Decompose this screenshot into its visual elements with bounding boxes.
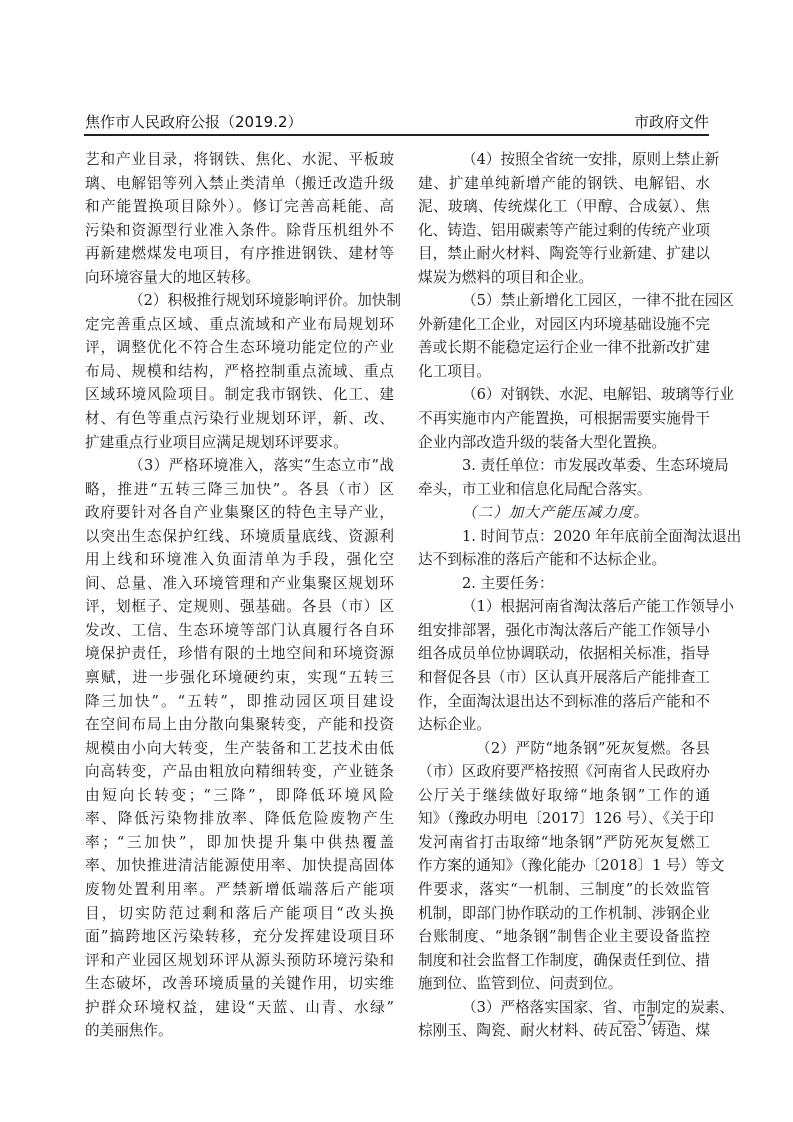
text-line: 率；“三加快”，即加快提升集中供热覆盖 bbox=[85, 831, 394, 855]
text-line: 规模由小向大转变，生产装备和工艺技术由低 bbox=[85, 737, 394, 761]
publication-title: 焦作市人民政府公报（2019.2） bbox=[85, 111, 303, 132]
text-line: 评，划框子、定规则、强基础。各县（市）区 bbox=[85, 595, 394, 619]
page-number: — 57 — bbox=[618, 1012, 674, 1030]
text-line: 评，调整优化不符合生态环境功能定位的产业 bbox=[85, 336, 394, 360]
paragraph-start: （2）积极推行规划环境影响评价。加快制 bbox=[85, 289, 394, 313]
text-line: 公厅关于继续做好取缔“地条钢”工作的通 bbox=[418, 784, 710, 808]
text-line: 璃、电解铝等列入禁止类清单（搬迁改造升级 bbox=[85, 172, 394, 196]
text-line: 不再实施市内产能置换，可根据需要实施骨干 bbox=[418, 407, 710, 431]
text-line: 目，切实防范过剩和落后产能项目“改头换 bbox=[85, 902, 394, 926]
text-line: 扩建重点行业项目应满足规划环评要求。 bbox=[85, 431, 394, 455]
text-line: 生态破坏，改善环境质量的关键作用，切实维 bbox=[85, 972, 394, 996]
text-line: 艺和产业目录，将钢铁、焦化、水泥、平板玻 bbox=[85, 148, 394, 172]
paragraph-start: 2. 主要任务： bbox=[418, 572, 710, 596]
text-line: 作，全面淘汰退出达不到标准的落后产能和不 bbox=[418, 690, 710, 714]
text-line: 达标企业。 bbox=[418, 713, 710, 737]
text-line: 向环境容量大的地区转移。 bbox=[85, 266, 394, 290]
text-line: 化工项目。 bbox=[418, 360, 710, 384]
text-line: 在空间布局上由分散向集聚转变，产能和投资 bbox=[85, 713, 394, 737]
text-line: 的美丽焦作。 bbox=[85, 1019, 394, 1043]
text-line: 布局、规模和结构，严格控制重点流域、重点 bbox=[85, 360, 394, 384]
text-line: 机制，即部门协作联动的工作机制、涉钢企业 bbox=[418, 902, 710, 926]
text-line: 发改、工信、生态环境等部门认真履行各自环 bbox=[85, 619, 394, 643]
text-line: 率、加快推进清洁能源使用率、加快提高固体 bbox=[85, 854, 394, 878]
text-line: 污染和资源型行业准入条件。除背压机组外不 bbox=[85, 219, 394, 243]
text-line: 企业内部改造升级的装备大型化置换。 bbox=[418, 431, 710, 455]
text-line: 台账制度、“地条钢”制售企业主要设备监控 bbox=[418, 925, 710, 949]
text-line: 面”搞跨地区污染转移，充分发挥建设项目环 bbox=[85, 925, 394, 949]
text-line: 施到位、监管到位、问责到位。 bbox=[418, 972, 710, 996]
text-line: 制度和社会监督工作制度，确保责任到位、措 bbox=[418, 949, 710, 973]
text-line: 以突出生态保护红线、环境质量底线、资源利 bbox=[85, 525, 394, 549]
text-line: 禀赋，进一步强化环境硬约束，实现“五转三 bbox=[85, 666, 394, 690]
section-title: 市政府文件 bbox=[634, 111, 709, 132]
text-line: 护群众环境权益，建设“天蓝、山青、水绿” bbox=[85, 996, 394, 1020]
text-line: 略，推进“五转三降三加快”。各县（市）区 bbox=[85, 478, 394, 502]
text-line: 善或长期不能稳定运行企业一律不批新改扩建 bbox=[418, 336, 710, 360]
paragraph-start: （5）禁止新增化工园区，一律不批在园区 bbox=[418, 289, 710, 313]
text-line: 件要求，落实“一机制、三制度”的长效监管 bbox=[418, 878, 710, 902]
text-line: 发河南省打击取缔“地条钢”严防死灰复燃工 bbox=[418, 831, 710, 855]
paragraph-start: （6）对钢铁、水泥、电解铝、玻璃等行业 bbox=[418, 383, 710, 407]
paragraph-start: 3. 责任单位：市发展改革委、生态环境局 bbox=[418, 454, 710, 478]
text-line: 评和产业园区规划环评从源头预防环境污染和 bbox=[85, 949, 394, 973]
section-heading: （二）加大产能压减力度。 bbox=[418, 501, 710, 525]
text-line: 和督促各县（市）区认真开展落后产能排查工 bbox=[418, 666, 710, 690]
text-line: 废物处置利用率。严禁新增低端落后产能项 bbox=[85, 878, 394, 902]
text-line: 间、总量、准入环境管理和产业集聚区规划环 bbox=[85, 572, 394, 596]
text-line: 化、铸造、铝用碳素等产能过剩的传统产业项 bbox=[418, 219, 710, 243]
text-line: 知》（豫政办明电〔2017〕126 号）、《关于印 bbox=[418, 807, 710, 831]
text-line: 定完善重点区域、重点流域和产业布局规划环 bbox=[85, 313, 394, 337]
paragraph-start: （4）按照全省统一安排，原则上禁止新 bbox=[418, 148, 710, 172]
text-line: 境保护责任，珍惜有限的土地空间和环境资源 bbox=[85, 642, 394, 666]
paragraph-start: （1）根据河南省淘汰落后产能工作领导小 bbox=[418, 595, 710, 619]
text-line: 再新建燃煤发电项目，有序推进钢铁、建材等 bbox=[85, 242, 394, 266]
text-line: 降三加快”。“五转”，即推动园区项目建设 bbox=[85, 690, 394, 714]
paragraph-start: （2）严防“地条钢”死灰复燃。各县 bbox=[418, 737, 710, 761]
text-line: 组安排部署，强化市淘汰落后产能工作领导小 bbox=[418, 619, 710, 643]
text-line: 和产能置换项目除外）。修订完善高耗能、高 bbox=[85, 195, 394, 219]
text-line: 由短向长转变；“三降”，即降低环境风险 bbox=[85, 784, 394, 808]
text-line: 达不到标准的落后产能和不达标企业。 bbox=[418, 548, 710, 572]
text-line: 目，禁止耐火材料、陶瓷等行业新建、扩建以 bbox=[418, 242, 710, 266]
text-line: （市）区政府要严格按照《河南省人民政府办 bbox=[418, 760, 710, 784]
text-line: 泥、玻璃、传统煤化工（甲醇、合成氨）、焦 bbox=[418, 195, 710, 219]
text-line: 建、扩建单纯新增产能的钢铁、电解铝、水 bbox=[418, 172, 710, 196]
text-line: 政府要针对各自产业集聚区的特色主导产业， bbox=[85, 501, 394, 525]
text-line: 组各成员单位协调联动，依据相关标准，指导 bbox=[418, 642, 710, 666]
paragraph-start: （3）严格环境准入，落实“生态立市”战 bbox=[85, 454, 394, 478]
paragraph-start: 1. 时间节点：2020 年年底前全面淘汰退出 bbox=[418, 525, 710, 549]
header-divider bbox=[84, 134, 709, 136]
right-column: （4）按照全省统一安排，原则上禁止新 建、扩建单纯新增产能的钢铁、电解铝、水 泥… bbox=[418, 148, 710, 1043]
text-line: 向高转变，产品由粗放向精细转变，产业链条 bbox=[85, 760, 394, 784]
text-line: 率、降低污染物排放率、降低危险废物产生 bbox=[85, 807, 394, 831]
text-line: 区域环境风险项目。制定我市钢铁、化工、建 bbox=[85, 383, 394, 407]
left-column: 艺和产业目录，将钢铁、焦化、水泥、平板玻 璃、电解铝等列入禁止类清单（搬迁改造升… bbox=[85, 148, 394, 1043]
text-line: 外新建化工企业，对园区内环境基础设施不完 bbox=[418, 313, 710, 337]
text-line: 牵头，市工业和信息化局配合落实。 bbox=[418, 478, 710, 502]
text-line: 作方案的通知》（豫化能办〔2018〕1 号）等文 bbox=[418, 854, 710, 878]
page-header: 焦作市人民政府公报（2019.2） 市政府文件 bbox=[85, 106, 709, 132]
text-line: 材、有色等重点污染行业规划环评，新、改、 bbox=[85, 407, 394, 431]
text-line: 用上线和环境准入负面清单为手段，强化空 bbox=[85, 548, 394, 572]
text-line: 煤炭为燃料的项目和企业。 bbox=[418, 266, 710, 290]
